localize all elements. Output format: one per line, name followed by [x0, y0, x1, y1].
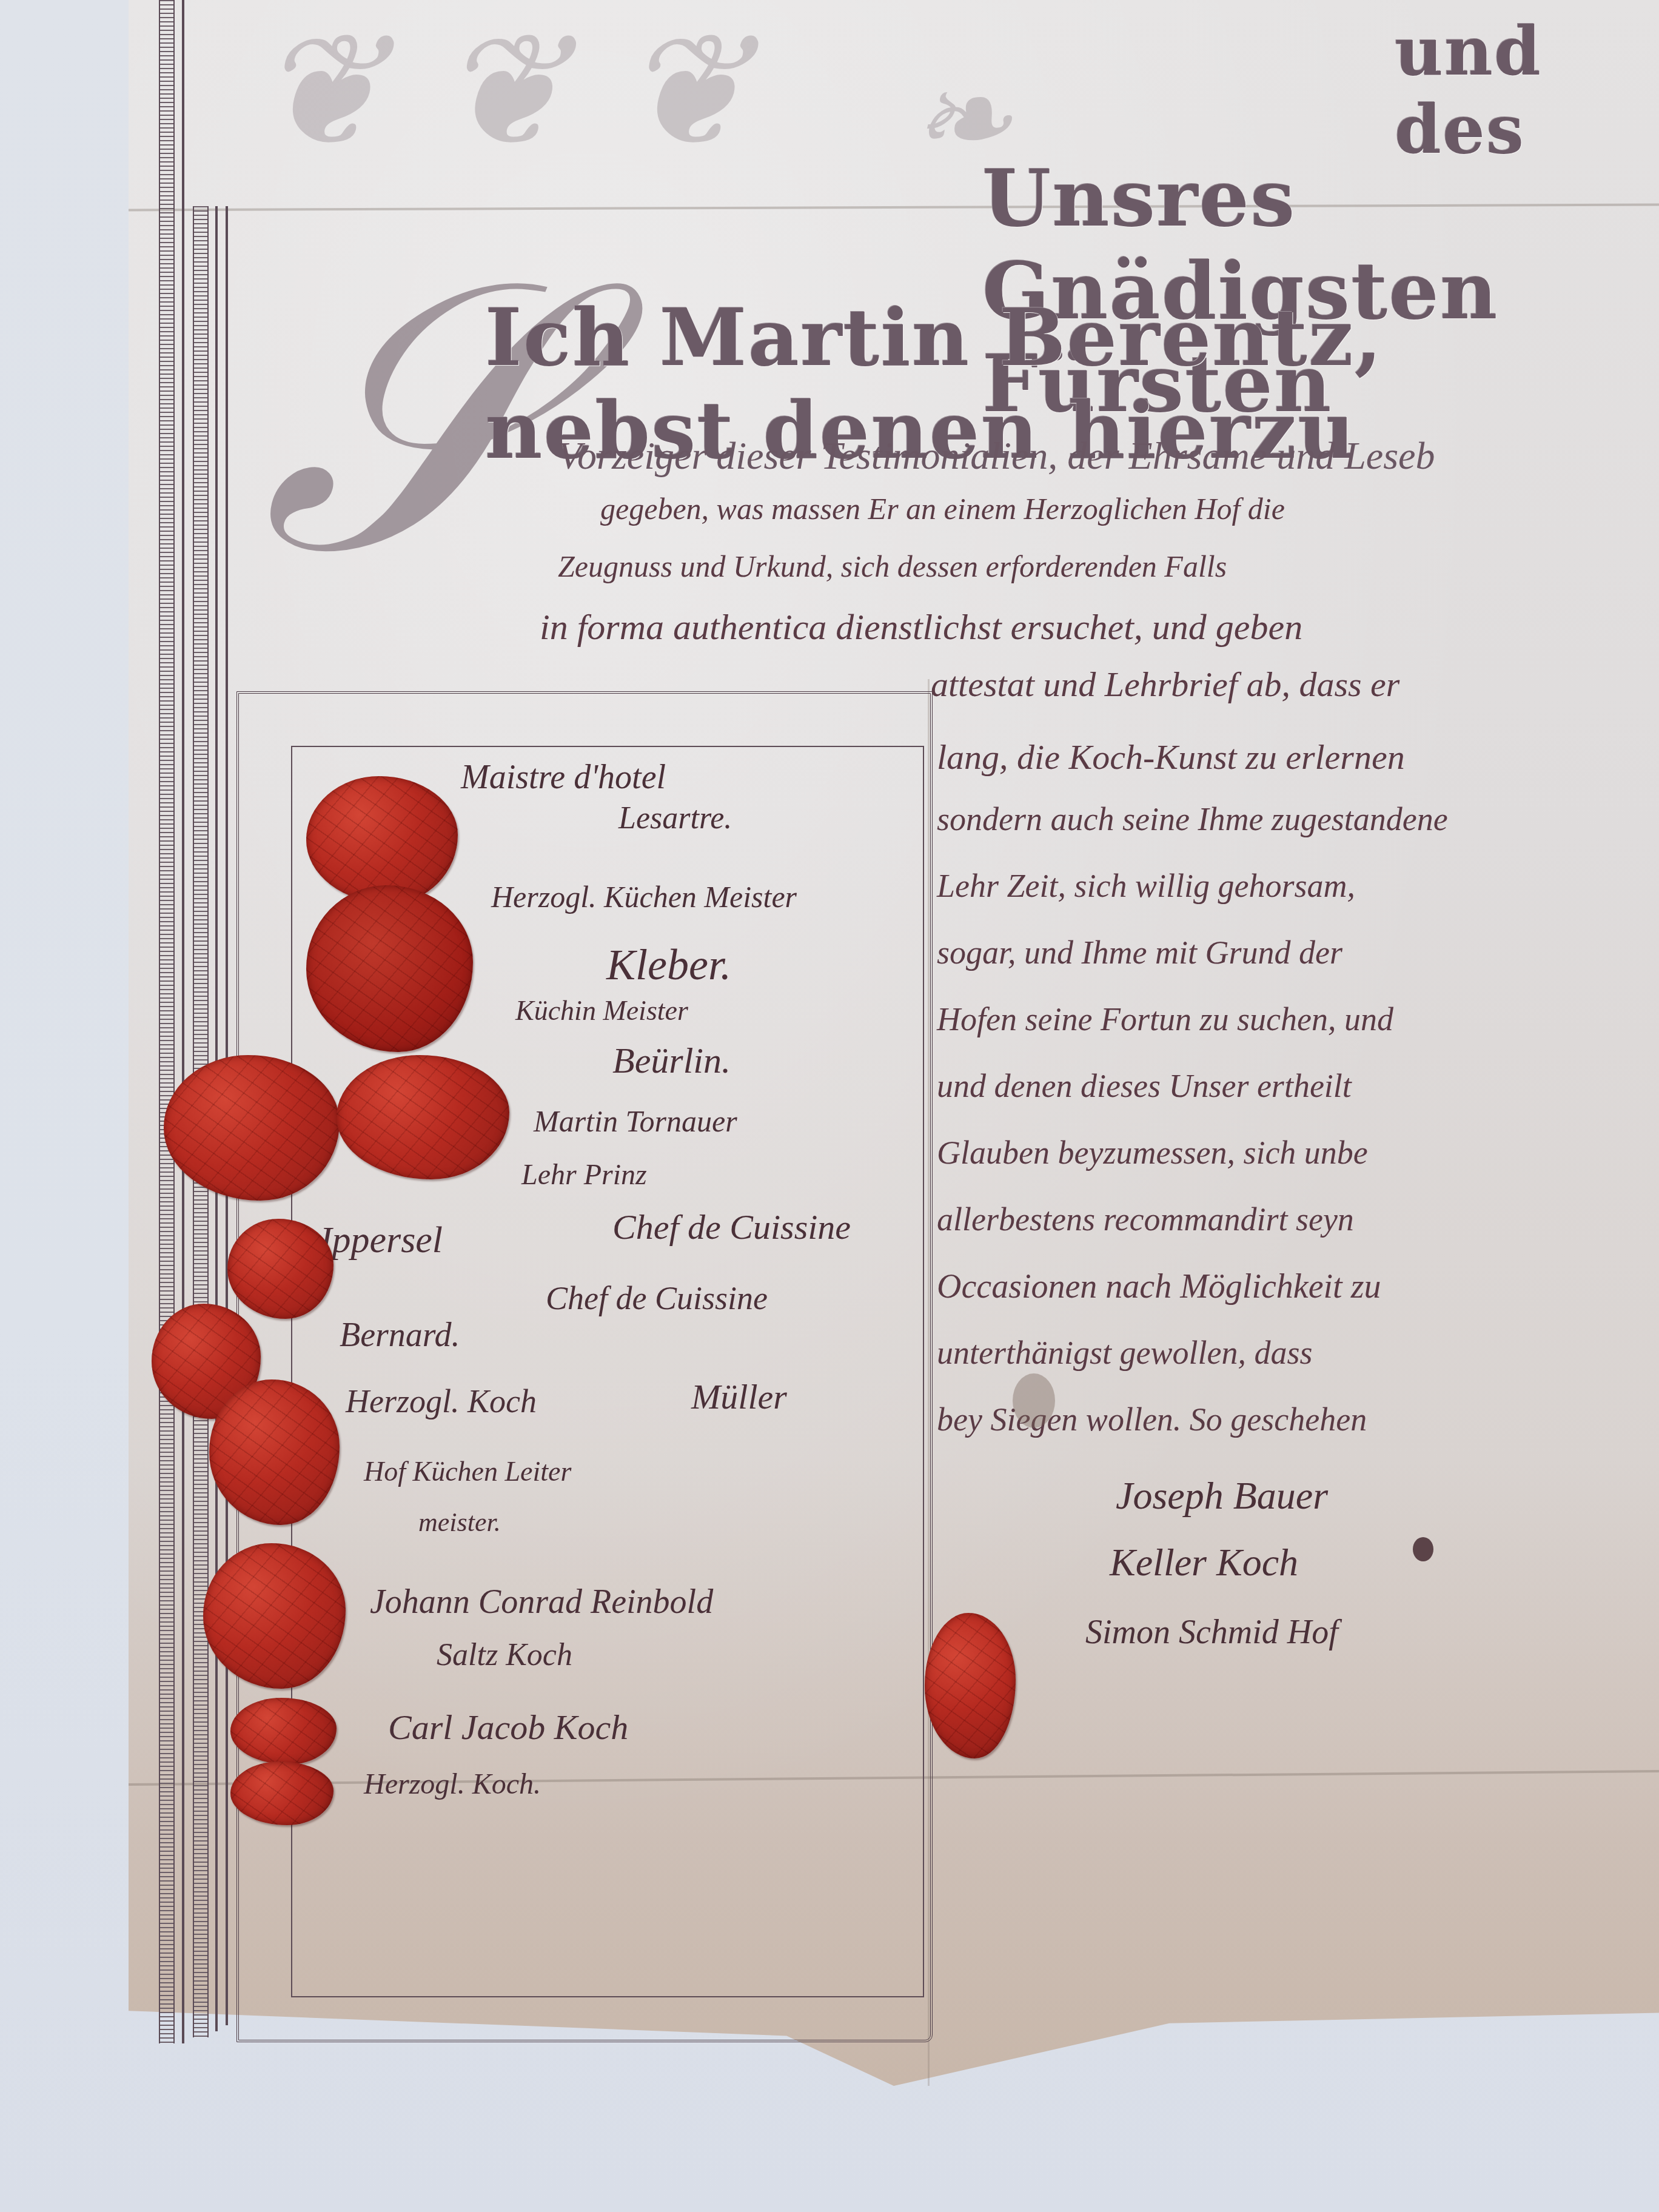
ink-blot: [1413, 1537, 1433, 1561]
panel-signature-name: Herzogl. Koch.: [364, 1768, 541, 1801]
panel-signature-name: Saltz Koch: [437, 1637, 572, 1673]
panel-signature-title: Chef de Cuissine: [546, 1279, 768, 1317]
header-top-partial: und des: [1395, 12, 1659, 169]
body-line: Glauben beyzumessen, sich unbe: [937, 1134, 1368, 1171]
panel-signature-title: Johann Conrad Reinbold: [370, 1583, 713, 1621]
panel-signature-title: Maistre d'hotel: [461, 758, 666, 797]
signature-right: Keller Koch: [1110, 1540, 1298, 1585]
panel-signature-name: meister.: [418, 1507, 501, 1538]
body-line: allerbestens recommandirt seyn: [937, 1201, 1354, 1238]
body-line: Hofen seine Fortun zu suchen, und: [937, 1000, 1393, 1038]
panel-signature-name: Kleber.: [606, 940, 731, 990]
panel-signature-name: Müller: [691, 1376, 787, 1417]
body-line: in forma authentica dienstlichst ersuche…: [540, 606, 1302, 648]
panel-signature-title: Carl Jacob Koch: [388, 1707, 628, 1748]
body-line: attestat und Lehrbrief ab, dass er: [931, 664, 1399, 705]
body-line: Occasionen nach Möglichkeit zu: [937, 1267, 1381, 1306]
frame-border-outer: [159, 0, 175, 2043]
panel-signature-title: Küchin Meister: [515, 994, 688, 1027]
panel-signature-name: Jppersel: [315, 1219, 443, 1262]
panel-signature-name: Lesartre.: [618, 800, 732, 836]
panel-signature-name: Bernard.: [340, 1316, 460, 1355]
body-line: bey Siegen wollen. So geschehen: [937, 1401, 1367, 1438]
body-line: lang, die Koch-Kunst zu erlernen: [937, 737, 1405, 777]
body-line: Zeugnuss und Urkund, sich dessen erforde…: [558, 549, 1227, 584]
signature-right: Joseph Bauer: [1116, 1473, 1328, 1518]
panel-signature-title: Martin Tornauer: [534, 1104, 737, 1139]
body-line: sogar, und Ihme mit Grund der: [937, 934, 1342, 971]
panel-signature-name: Beürlin.: [612, 1040, 731, 1082]
panel-signature-title: Herzogl. Koch: [346, 1382, 537, 1420]
body-line: Lehr Zeit, sich willig gehorsam,: [937, 867, 1355, 905]
body-line: sondern auch seine Ihme zugestandene: [937, 800, 1448, 838]
panel-signature-title: Hof Küchen Leiter: [364, 1455, 571, 1487]
panel-signature-title: Herzogl. Küchen Meister: [491, 879, 797, 914]
flourish-ornament: ❦ ❦ ❦: [255, 0, 751, 183]
header-line-3: Vorzeiger dieser Testimonialien, der Ehr…: [558, 434, 1435, 478]
body-line: und denen dieses Unser ertheilt: [937, 1067, 1352, 1105]
frame-line-1: [182, 0, 184, 2043]
signature-right: Simon Schmid Hof: [1085, 1613, 1338, 1652]
panel-signature-title: Chef de Cuissine: [612, 1207, 851, 1247]
body-line: unterthänigst gewollen, dass: [937, 1334, 1313, 1372]
stain: [1013, 1373, 1055, 1428]
panel-signature-name: Lehr Prinz: [521, 1158, 647, 1191]
body-line: gegeben, was massen Er an einem Herzogli…: [600, 491, 1285, 526]
